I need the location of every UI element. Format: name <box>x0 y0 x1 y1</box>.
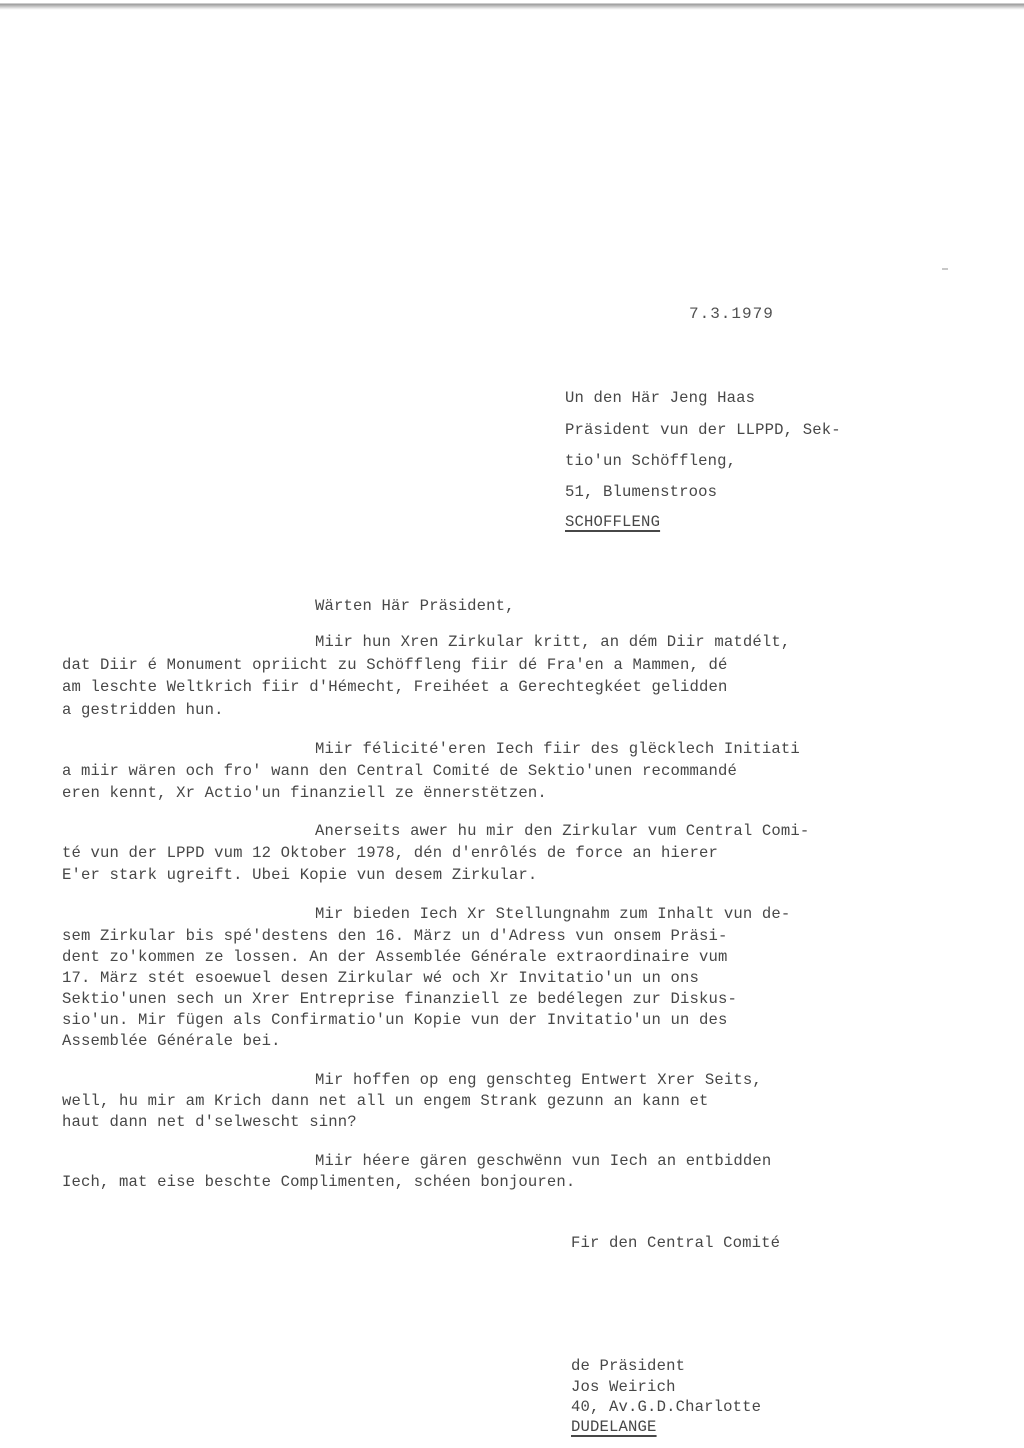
closing: Fir den Central Comité <box>571 1233 780 1253</box>
paragraph-line: Miir félicité'eren Iech fiir des glëckle… <box>315 739 800 759</box>
paragraph-line: Iech, mat eise beschte Complimenten, sch… <box>62 1172 575 1192</box>
recipient-line: tio'un Schöffleng, <box>565 451 736 471</box>
scan-mark <box>942 268 948 270</box>
signature-line: 40, Av.G.D.Charlotte <box>571 1397 761 1417</box>
paragraph-line: haut dann net d'selwescht sinn? <box>62 1112 357 1132</box>
paragraph-line: Mir bieden Iech Xr Stellungnahm zum Inha… <box>315 904 790 924</box>
paragraph-line: Mir hoffen op eng genschteg Entwert Xrer… <box>315 1070 762 1090</box>
recipient-city: SCHOFFLENG <box>565 512 660 532</box>
recipient-line: Un den Här Jeng Haas <box>565 388 755 408</box>
paragraph-line: Anerseits awer hu mir den Zirkular vum C… <box>315 821 809 841</box>
paragraph-line: dent zo'kommen ze lossen. An der Assembl… <box>62 947 728 967</box>
paragraph-line: Assemblée Générale bei. <box>62 1031 281 1051</box>
paragraph-line: well, hu mir am Krich dann net all un en… <box>62 1091 709 1111</box>
letter-page: 7.3.1979 Un den Här Jeng Haas Präsident … <box>0 0 1024 1448</box>
signature-city: DUDELANGE <box>571 1417 657 1437</box>
signature-line: de Präsident <box>571 1356 685 1376</box>
paragraph-line: eren kennt, Xr Actio'un finanziell ze ën… <box>62 783 547 803</box>
letter-date: 7.3.1979 <box>689 305 774 323</box>
paragraph-line: sem Zirkular bis spé'destens den 16. Mär… <box>62 926 728 946</box>
signature-line: Jos Weirich <box>571 1377 676 1397</box>
paragraph-line: a miir wären och fro' wann den Central C… <box>62 761 737 781</box>
paragraph-line: dat Diir é Monument opriicht zu Schöffle… <box>62 655 728 675</box>
paragraph-line: a gestridden hun. <box>62 700 224 720</box>
paragraph-line: am leschte Weltkrich fiir d'Hémecht, Fre… <box>62 677 728 697</box>
paragraph-line: sio'un. Mir fügen als Confirmatio'un Kop… <box>62 1010 728 1030</box>
paragraph-line: Sektio'unen sech un Xrer Entreprise fina… <box>62 989 737 1009</box>
paragraph-line: té vun der LPPD vum 12 Oktober 1978, dén… <box>62 843 718 863</box>
salutation: Wärten Här Präsident, <box>315 596 515 616</box>
recipient-line: 51, Blumenstroos <box>565 482 717 502</box>
paragraph-line: Miir héere gären geschwënn vun Iech an e… <box>315 1151 771 1171</box>
paragraph-line: 17. März stét esoewuel desen Zirkular wé… <box>62 968 699 988</box>
paragraph-line: Miir hun Xren Zirkular kritt, an dém Dii… <box>315 632 790 652</box>
recipient-line: Präsident vun der LLPPD, Sek- <box>565 420 841 440</box>
paragraph-line: E'er stark ugreift. Ubei Kopie vun desem… <box>62 865 537 885</box>
